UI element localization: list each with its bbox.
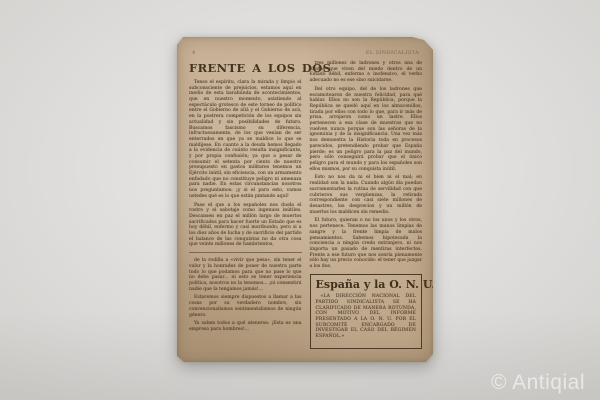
paragraph: El futuro, quieran o no los unos y los o… [310, 218, 423, 269]
right-column: tres millones de ladrones y otros una de… [310, 61, 423, 349]
article-title: FRENTE A LOS DOS [189, 62, 302, 74]
paragraph: Ya saben todos a qué atenerse: ¡Esta es … [189, 321, 302, 332]
onu-box-title: España y la O. N. U. [316, 279, 417, 291]
paragraph: Esto no nos da ni el bien ni el mal; en … [310, 175, 423, 215]
paragraph: tres millones de ladrones y otros una de… [310, 61, 423, 84]
masthead: EL SINDICALISTA [366, 50, 419, 56]
onu-boxed-section: España y la O. N. U. «LA DIRECCIÓN NACIO… [310, 274, 423, 349]
section-divider [189, 252, 302, 253]
text-columns: FRENTE A LOS DOS Tenso el espíritu, clar… [189, 61, 422, 349]
page-header: 4 EL SINDICALISTA [189, 50, 422, 56]
paragraph: de la rodilla a «vivir que pesa», sin te… [189, 258, 302, 292]
page-number: 4 [192, 50, 196, 56]
pamphlet-page: 4 EL SINDICALISTA FRENTE A LOS DOS Tenso… [177, 37, 433, 362]
left-column: FRENTE A LOS DOS Tenso el espíritu, clar… [189, 61, 302, 349]
pamphlet-photo: 4 EL SINDICALISTA FRENTE A LOS DOS Tenso… [177, 37, 433, 362]
paragraph: Del otro equipo, del de los ladrones que… [310, 87, 423, 172]
paragraph: Tenso el espíritu, clara la mirada y lim… [189, 80, 302, 199]
watermark: © Antiqial [491, 371, 585, 395]
onu-box-body: «LA DIRECCIÓN NACIONAL DEL PARTIDO SINDI… [316, 294, 417, 340]
paragraph: Estaremos siempre dispuestos a llamar a … [189, 295, 302, 318]
paragraph: Pase el que a los españoles nos duela el… [189, 203, 302, 249]
